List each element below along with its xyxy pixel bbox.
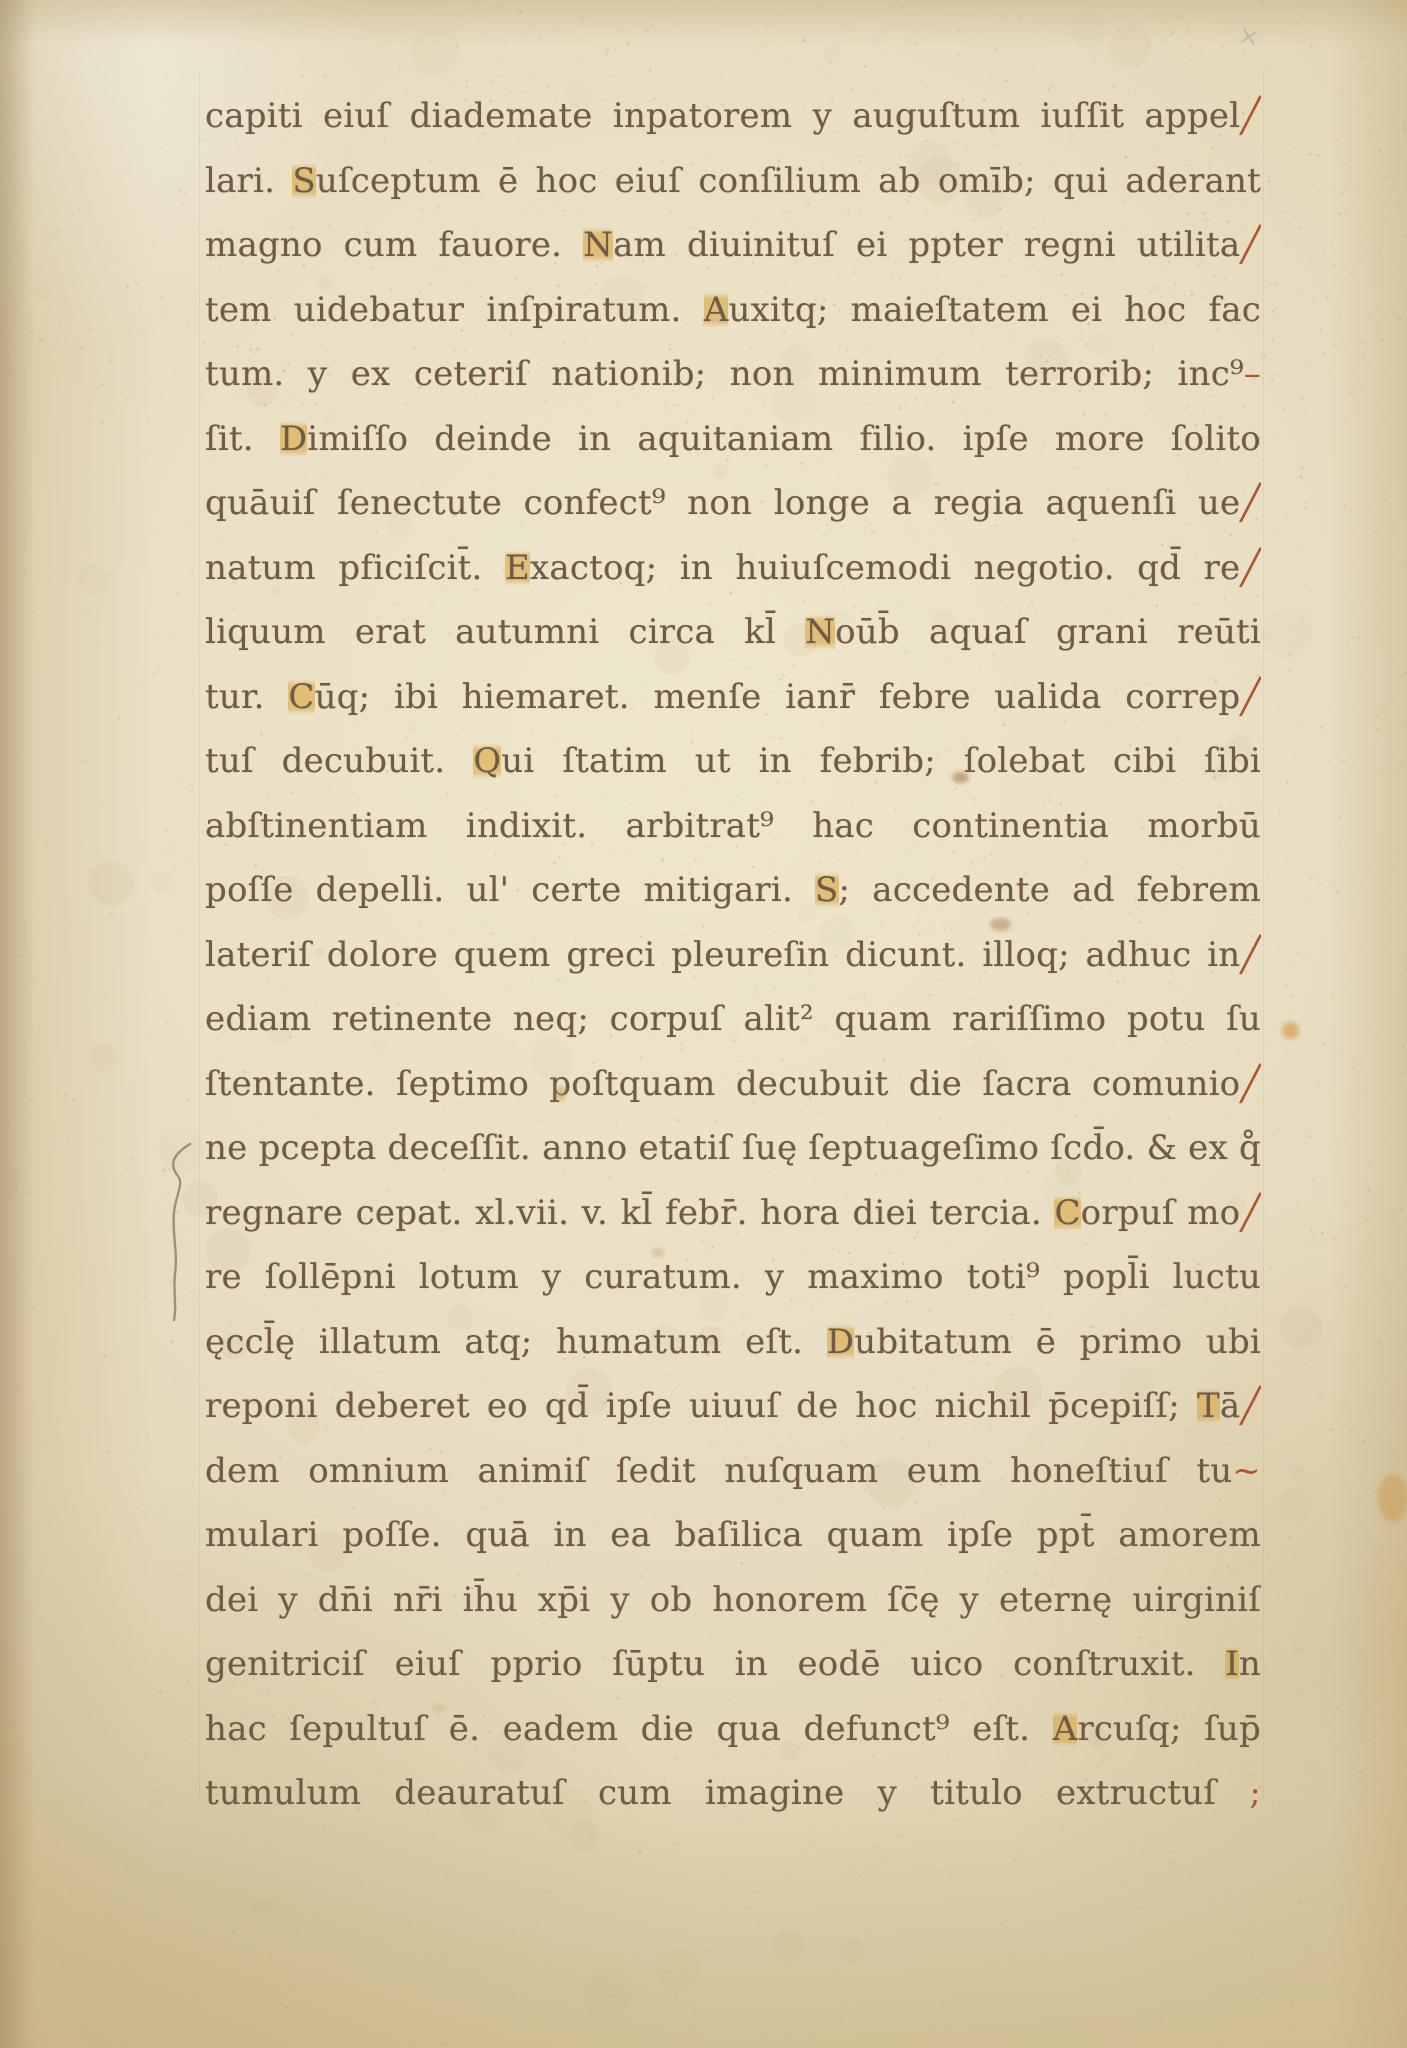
manuscript-line-26: hac ſepultuſ ē. eadem die qua defunct⁹ e…: [205, 1697, 1261, 1762]
manuscript-line-14: lateriſ dolore quem greci pleureſin dicu…: [205, 923, 1261, 988]
text-segment: mulari poſſe. quā in ea baſilica quam ip…: [205, 1515, 1261, 1555]
manuscript-line-7: quāuiſ ſenectute confect⁹ non longe a re…: [205, 471, 1261, 536]
manuscript-line-2: lari. Suſceptum ē hoc eiuſ conſilium ab …: [205, 149, 1261, 214]
highlighted-capital: A: [704, 290, 729, 330]
foxing-spot: [250, 1900, 272, 1912]
foxing-spot: [1378, 1474, 1407, 1522]
text-segment: tuſ decubuit.: [205, 741, 473, 781]
text-segment: dei y dn̄i nr̄i ih̄u xp̄i y ob honorem ſ…: [205, 1580, 1261, 1620]
manuscript-line-19: re ſollēpni lotum y curatum. y maximo to…: [205, 1245, 1261, 1310]
highlighted-capital: C: [1054, 1193, 1080, 1233]
manuscript-text-block: capiti eiuſ diademate inpatorem y auguſt…: [205, 84, 1261, 1826]
right-margin-ruling: [1263, 70, 1264, 1798]
text-segment: uxitq; maieſtatem ei hoc fac: [728, 290, 1261, 330]
manuscript-line-1: capiti eiuſ diademate inpatorem y auguſt…: [205, 84, 1261, 149]
highlighted-capital: S: [815, 870, 839, 910]
rubric-line-filler: ╱: [1240, 96, 1261, 136]
rubric-line-filler: –: [1244, 354, 1261, 394]
manuscript-line-16: ſtentante. ſeptimo poſtquam decubuit die…: [205, 1052, 1261, 1117]
text-segment: imiſſo deinde in aquitaniam filio. ipſe …: [307, 419, 1261, 459]
text-segment: ne pcepta deceſſit. anno etatiſ ſuę ſept…: [205, 1128, 1261, 1168]
text-segment: abſtinentiam indixit. arbitrat⁹ hac cont…: [205, 806, 1261, 846]
highlighted-capital: Q: [473, 741, 501, 781]
manuscript-line-27: tumulum deauratuſ cum imagine y titulo e…: [205, 1761, 1261, 1826]
text-segment: ediam retinente neq; corpuſ alit² quam r…: [205, 999, 1261, 1039]
manuscript-line-12: abſtinentiam indixit. arbitrat⁹ hac cont…: [205, 794, 1261, 859]
text-segment: oūb̄ aquaſ grani reūti: [835, 612, 1261, 652]
manuscript-line-15: ediam retinente neq; corpuſ alit² quam r…: [205, 987, 1261, 1052]
manuscript-line-3: magno cum fauore. Nam diuinituſ ei ppter…: [205, 213, 1261, 278]
text-segment: ā: [1220, 1386, 1240, 1426]
highlighted-capital: N: [805, 612, 835, 652]
text-segment: ūq; ibi hiemaret. menſe ianr̄ febre uali…: [315, 677, 1241, 717]
rubric-line-filler: ╱: [1240, 1193, 1261, 1233]
text-segment: quāuiſ ſenectute confect⁹ non longe a re…: [205, 483, 1240, 523]
manuscript-line-13: poſſe depelli. ul' certe mitigari. S; ac…: [205, 858, 1261, 923]
text-segment: am diuinituſ ei ppter regni utilita: [613, 225, 1240, 265]
foxing-spot: [1282, 1022, 1299, 1039]
text-segment: n: [1239, 1644, 1261, 1684]
rubric-line-filler: ╱: [1240, 1064, 1261, 1104]
manuscript-line-23: mulari poſſe. quā in ea baſilica quam ip…: [205, 1503, 1261, 1568]
text-segment: regnare cepat. xl.vii. v. kl̄ febr̄. hor…: [205, 1193, 1054, 1233]
manuscript-line-4: tem uidebatur inſpiratum. Auxitq; maieſt…: [205, 278, 1261, 343]
manuscript-line-9: liquum erat autumni circa kl̄ Noūb̄ aqua…: [205, 600, 1261, 665]
highlighted-capital: D: [280, 419, 307, 459]
manuscript-line-6: ſit. Dimiſſo deinde in aquitaniam filio.…: [205, 407, 1261, 472]
text-segment: ; accedente ad febrem: [839, 870, 1261, 910]
text-segment: ui ſtatim ut in febrib; ſolebat cibi ſib…: [501, 741, 1261, 781]
highlighted-capital: E: [505, 548, 530, 588]
text-segment: natum pficiſcit̄.: [205, 548, 505, 588]
text-segment: magno cum fauore.: [205, 225, 583, 265]
highlighted-capital: D: [827, 1322, 854, 1362]
manuscript-line-21: reponi deberet eo qd̄ ipſe uiuuſ de hoc …: [205, 1374, 1261, 1439]
rubric-line-filler: ;: [1249, 1773, 1261, 1813]
text-segment: poſſe depelli. ul' certe mitigari.: [205, 870, 815, 910]
manuscript-line-24: dei y dn̄i nr̄i ih̄u xp̄i y ob honorem ſ…: [205, 1568, 1261, 1633]
text-segment: xactoq; in huiuſcemodi negotio. qd̄ re: [530, 548, 1240, 588]
text-segment: capiti eiuſ diademate inpatorem y auguſt…: [205, 96, 1240, 136]
manuscript-line-25: genitriciſ eiuſ pprio ſūptu in eodē uico…: [205, 1632, 1261, 1697]
text-segment: reponi deberet eo qd̄ ipſe uiuuſ de hoc …: [205, 1386, 1197, 1426]
text-segment: ubitatum ē primo ubi: [854, 1322, 1261, 1362]
text-segment: dem omnium animiſ ſedit nuſquam eum hone…: [205, 1451, 1232, 1491]
highlighted-capital: S: [292, 161, 316, 201]
highlighted-capital: I: [1225, 1644, 1239, 1684]
manuscript-line-8: natum pficiſcit̄. Exactoq; in huiuſcemod…: [205, 536, 1261, 601]
marginal-squiggle-mark: [164, 1142, 198, 1322]
text-segment: lari.: [205, 161, 292, 201]
highlighted-capital: T: [1197, 1386, 1220, 1426]
text-segment: ſit.: [205, 419, 280, 459]
text-segment: re ſollēpni lotum y curatum. y maximo to…: [205, 1257, 1261, 1297]
text-segment: genitriciſ eiuſ pprio ſūptu in eodē uico…: [205, 1644, 1225, 1684]
highlighted-capital: N: [583, 225, 613, 265]
text-segment: tum. y ex ceteriſ nationib; non minimum …: [205, 354, 1244, 394]
manuscript-line-22: dem omnium animiſ ſedit nuſquam eum hone…: [205, 1439, 1261, 1504]
manuscript-line-10: tur. Cūq; ibi hiemaret. menſe ianr̄ febr…: [205, 665, 1261, 730]
manuscript-line-18: regnare cepat. xl.vii. v. kl̄ febr̄. hor…: [205, 1181, 1261, 1246]
text-segment: tumulum deauratuſ cum imagine y titulo e…: [205, 1773, 1249, 1813]
text-segment: uſceptum ē hoc eiuſ conſilium ab omīb; q…: [316, 161, 1261, 201]
rubric-line-filler: ╱: [1240, 1386, 1261, 1426]
text-segment: hac ſepultuſ ē. eadem die qua defunct⁹ e…: [205, 1709, 1053, 1749]
text-segment: orpuſ mo: [1081, 1193, 1241, 1233]
manuscript-line-20: ęccl̄ę illatum atq; humatum eſt. Dubitat…: [205, 1310, 1261, 1375]
highlighted-capital: A: [1053, 1709, 1078, 1749]
manuscript-page: × capiti eiuſ diademate inpatorem y augu…: [0, 0, 1407, 2048]
corner-pencil-mark: ×: [1235, 20, 1263, 54]
rubric-line-filler: ╱: [1240, 548, 1261, 588]
text-segment: lateriſ dolore quem greci pleureſin dicu…: [205, 935, 1240, 975]
highlighted-capital: C: [288, 677, 314, 717]
text-segment: tem uidebatur inſpiratum.: [205, 290, 704, 330]
rubric-line-filler: ╱: [1240, 935, 1261, 975]
left-margin-ruling: [199, 70, 200, 1798]
text-segment: rcuſq; ſup̄: [1077, 1709, 1261, 1749]
rubric-line-filler: ╱: [1240, 677, 1261, 717]
manuscript-line-17: ne pcepta deceſſit. anno etatiſ ſuę ſept…: [205, 1116, 1261, 1181]
rubric-line-filler: ╱: [1240, 483, 1261, 523]
text-segment: liquum erat autumni circa kl̄: [205, 612, 805, 652]
rubric-line-filler: ╱: [1240, 225, 1261, 265]
rubric-line-filler: ~: [1232, 1451, 1261, 1491]
text-segment: ęccl̄ę illatum atq; humatum eſt.: [205, 1322, 827, 1362]
text-segment: ſtentante. ſeptimo poſtquam decubuit die…: [205, 1064, 1240, 1104]
manuscript-line-5: tum. y ex ceteriſ nationib; non minimum …: [205, 342, 1261, 407]
text-segment: tur.: [205, 677, 288, 717]
manuscript-line-11: tuſ decubuit. Qui ſtatim ut in febrib; ſ…: [205, 729, 1261, 794]
